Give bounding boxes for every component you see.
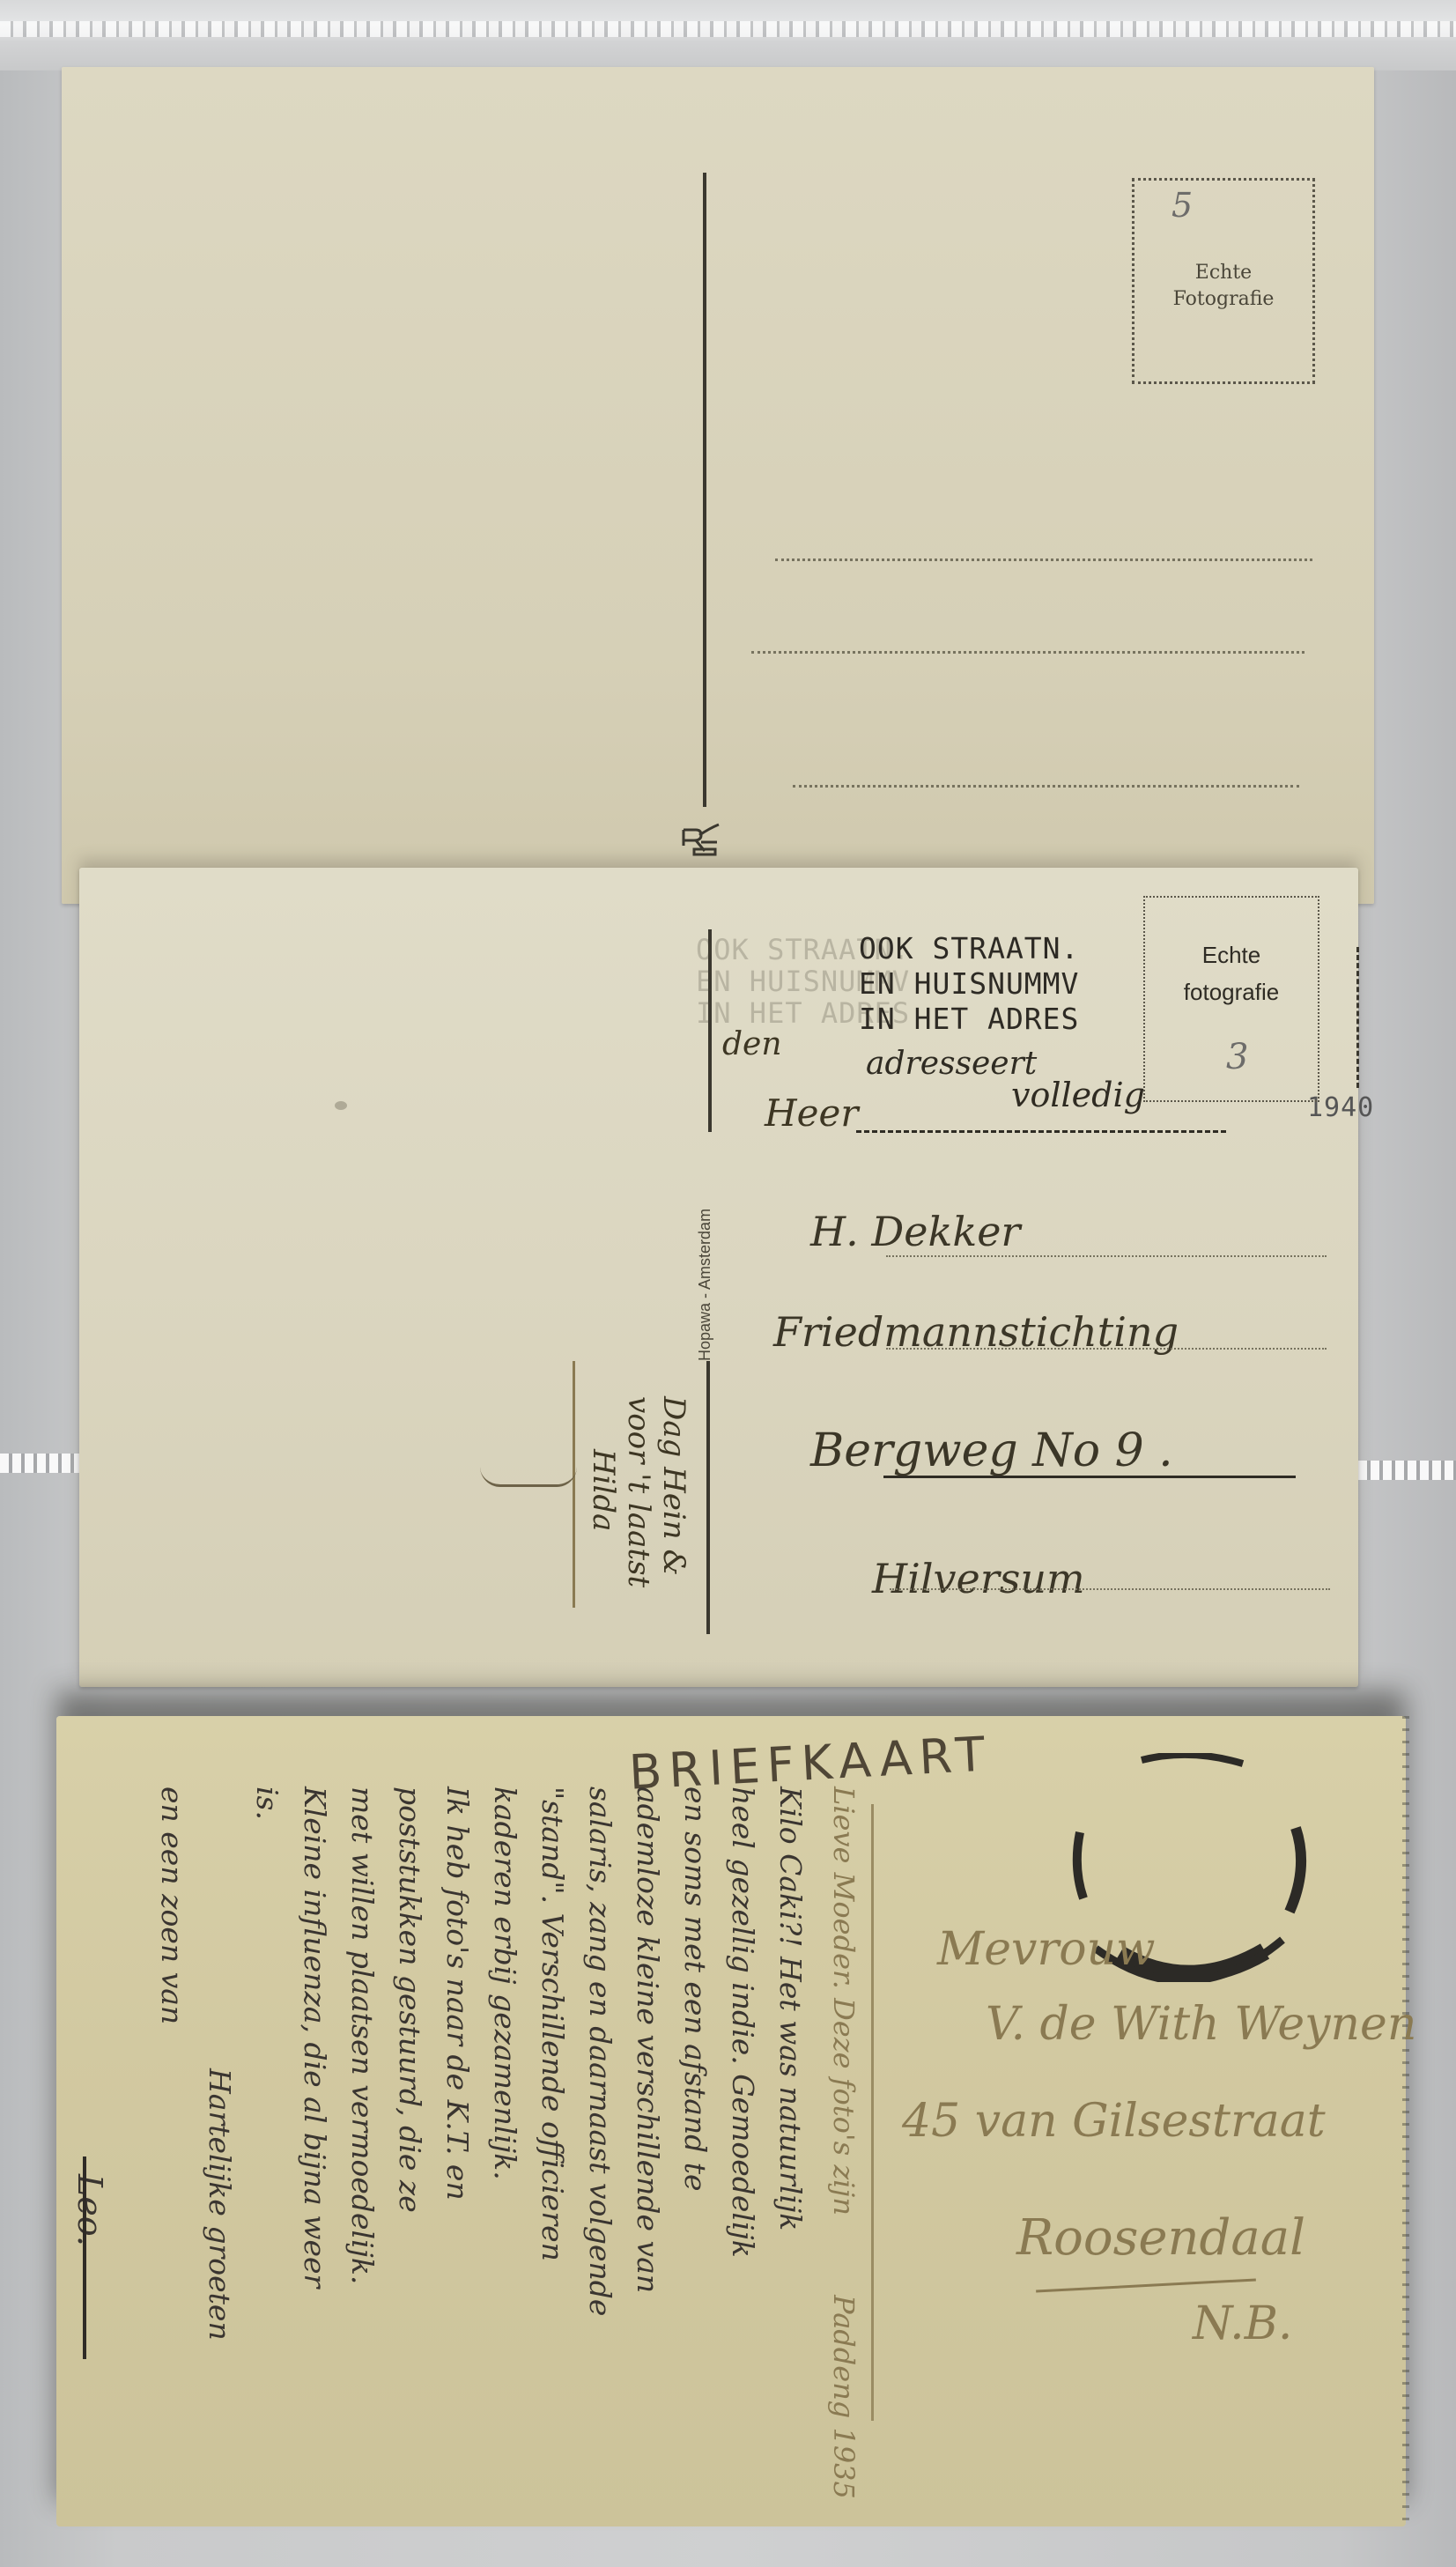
recipient-city: Roosendaal [1016,2209,1305,2267]
address-line-3 [886,1348,1327,1350]
address-divider-line [703,173,706,807]
pencil-note: 3 [1226,1037,1248,1077]
stamp-label-line1: Echte [1134,262,1312,284]
address-line-2 [751,651,1304,654]
message-line: is. [243,1787,291,2341]
postcard-3: BRIEFKAART Mevrouw V. de With Weynen 45 … [56,1716,1406,2526]
deckled-edge [1402,1716,1409,2526]
date-place: Paddeng 1935 [827,2295,861,2499]
address-line-2 [886,1255,1327,1257]
slogan-line-1: OOK STRAATN. [859,931,1079,966]
side-note-line-1: Dag Hein & [656,1396,691,1587]
slogan-script-2: volledig [1011,1076,1145,1114]
message-line: poststukken gestuurd, die ze [386,1787,433,2341]
stamp-box: 5 Echte Fotografie [1132,178,1315,384]
recipient-street: 45 van Gilsestraat [902,2095,1326,2148]
address-line-5 [890,1588,1330,1590]
message-line: Ik heb foto's naar de K.T. en [433,1787,481,2341]
address-line-1 [775,559,1312,561]
salutation-heer: Heer [765,1091,858,1135]
message-body: Kilo Caki?! Het was natuurlijk heel geze… [148,1787,814,2341]
slogan-line-2: EN HUISNUMMV [859,966,1079,1002]
stamp-label-line1: Echte [1145,942,1318,969]
salutation-den: den [722,1026,782,1062]
side-note: Dag Hein & voor 't laatst Hilda [586,1396,691,1587]
recipient-name: H. Dekker [810,1208,1020,1255]
publisher-imprint: Hopawa - Amsterdam [696,1209,714,1361]
cancellation-wave [1356,947,1363,1088]
stamp-label-line2: Fotografie [1134,288,1312,310]
message-line: Hartelijke groeten [196,1787,243,2341]
recipient-region: N.B. [1193,2297,1292,2350]
pencil-note: 5 [1171,186,1193,225]
postcard-2: Hopawa - Amsterdam OOK STRAATN. EN HUISN… [79,868,1358,1687]
recipient-city: Hilversum [872,1555,1085,1602]
message-line: heel gezellig indie. Gemoedelijk [719,1787,766,2341]
postcard-1: 5 Echte Fotografie [62,67,1374,904]
address-divider-line-lower [706,1361,710,1634]
city-underline [1036,2278,1256,2292]
sleeve-side-perforation-right [1358,1461,1456,1480]
sleeve-perforation [0,21,1456,37]
side-note-line-3: Hilda [586,1396,621,1587]
recipient-street: Bergweg No 9 . [810,1424,1173,1477]
message-line: kaderen erbij gezamenlijk. [481,1787,528,2341]
message-greeting: Lieve Moeder. Deze foto's zijn Paddeng 1… [821,1787,867,2499]
cancellation-slogan: OOK STRAATN. EN HUISNUMMV IN HET ADRES [859,931,1079,1037]
message-line: en een zoen van [148,1787,196,2341]
address-line-4 [883,1476,1296,1478]
message-line: en soms met een afstand te [671,1787,719,2341]
album-sleeve-top [0,0,1456,70]
signature-flourish-curve [480,1467,577,1487]
message-line: met willen plaatsen vermoedelijk. [338,1787,386,2341]
slogan-line-3: IN HET ADRES [859,1002,1079,1037]
recipient-title: Mevrouw [937,1923,1156,1976]
message-line: salaris, zang en daarnaast volgende [576,1787,624,2341]
signature-underline [83,2156,86,2359]
paper-blemish [335,1101,347,1110]
stamp-label-line2: fotografie [1145,979,1318,1006]
recipient-name: V. de With Weynen [986,1998,1416,2051]
message-line: Kilo Caki?! Het was natuurlijk [766,1787,814,2341]
message-line: ademloze kleine verschillende van [624,1787,671,2341]
publisher-logo-icon [678,823,722,858]
message-line: Kleine influenza, die al bijna weer [291,1787,338,2341]
address-line-1 [856,1130,1226,1133]
signature-flourish-vertical [573,1361,575,1608]
message-line: "stand". Verschillende officieren [528,1787,576,2341]
sleeve-side-perforation-left [0,1454,79,1473]
side-note-line-2: voor 't laatst [621,1396,656,1587]
address-line-3 [793,785,1299,788]
stamp-box: Echte fotografie 3 [1143,896,1319,1102]
signature: Leo. [70,2174,109,2246]
divider-line [871,1804,874,2421]
